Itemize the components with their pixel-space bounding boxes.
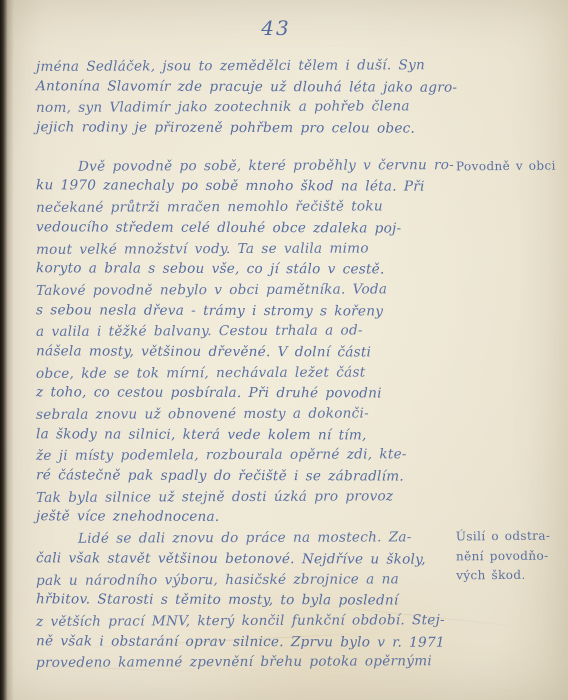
handwritten-line: Dvě povodně po sobě, které proběhly v če… bbox=[36, 155, 460, 178]
handwritten-line: z toho, co cestou posbírala. Při druhé p… bbox=[36, 383, 460, 405]
handwritten-line: s sebou nesla dřeva - trámy i stromy s k… bbox=[36, 300, 460, 322]
handwritten-line: sebrala znovu už obnovené mosty a dokonč… bbox=[36, 403, 460, 426]
margin-note-line: vých škod. bbox=[456, 566, 551, 586]
margin-note-line: Úsilí o odstra- bbox=[456, 527, 551, 547]
handwritten-line: Tak byla silnice už stejně dosti úzká pr… bbox=[36, 486, 460, 509]
handwritten-line: nášela mosty, většinou dřevěné. V dolní … bbox=[36, 341, 460, 363]
handwritten-line: obce, kde se tok mírní, nechávala ležet … bbox=[36, 362, 460, 385]
handwritten-line: z větších prací MNV, který končil funkčn… bbox=[36, 610, 460, 633]
margin-note-line: Povodně v obci bbox=[456, 157, 556, 177]
margin-note-line: nění povodňo- bbox=[456, 546, 551, 566]
handwritten-line: koryto a brala s sebou vše, co jí stálo … bbox=[36, 258, 460, 280]
handwritten-line: Takové povodně nebylo v obci pamětníka. … bbox=[36, 279, 460, 302]
handwritten-line: nečekané průtrži mračen nemohlo řečiště … bbox=[36, 196, 460, 219]
handwritten-line: ještě více znehodnocena. bbox=[36, 507, 460, 529]
handwritten-line: čali však stavět většinou betonové. Nejd… bbox=[36, 548, 460, 570]
main-text: jména Sedláček, jsou to zemědělci tělem … bbox=[36, 56, 460, 673]
handwritten-line: jejich rodiny je přirozeně pohřbem pro c… bbox=[36, 117, 460, 139]
handwritten-line: že ji místy podemlela, rozbourala opěrné… bbox=[36, 444, 460, 467]
handwritten-line: jména Sedláček, jsou to zemědělci tělem … bbox=[36, 55, 460, 78]
handwritten-line: pak u národního výboru, hasičské zbrojni… bbox=[36, 569, 460, 592]
handwritten-line: hřbitov. Starosti s těmito mosty, to byl… bbox=[36, 589, 460, 611]
handwritten-line: ré částečně pak spadly do řečiště i se z… bbox=[36, 465, 460, 487]
margin-note-flood-damage-removal: Úsilí o odstra- nění povodňo- vých škod. bbox=[456, 527, 551, 586]
chronicle-page-photo: 43 jména Sedláček, jsou to zemědělci těl… bbox=[0, 0, 568, 700]
handwritten-line: ně však i obstarání oprav silnice. Zprvu… bbox=[36, 631, 460, 653]
handwritten-line: mout velké množství vody. Ta se valila m… bbox=[36, 238, 460, 261]
margin-note-floods: Povodně v obci bbox=[456, 157, 556, 177]
page-gutter-edge bbox=[0, 0, 14, 700]
handwritten-line: la škody na silnici, která vede kolem ní… bbox=[36, 424, 460, 446]
handwritten-line: nom, syn Vladimír jako zootechnik a pohř… bbox=[36, 96, 460, 119]
handwritten-line: provedeno kamenné zpevnění břehu potoka … bbox=[36, 651, 460, 674]
handwritten-line: Antonína Slavomír zde pracuje už dlouhá … bbox=[36, 76, 460, 98]
handwritten-line: a valila i těžké balvany. Cestou trhala … bbox=[36, 320, 460, 343]
handwritten-line: ku 1970 zanechaly po sobě mnoho škod na … bbox=[36, 176, 460, 198]
handwritten-line: Lidé se dali znovu do práce na mostech. … bbox=[36, 527, 460, 550]
page-number: 43 bbox=[0, 16, 552, 40]
handwritten-line: vedoucího středem celé dlouhé obce zdale… bbox=[36, 217, 460, 239]
